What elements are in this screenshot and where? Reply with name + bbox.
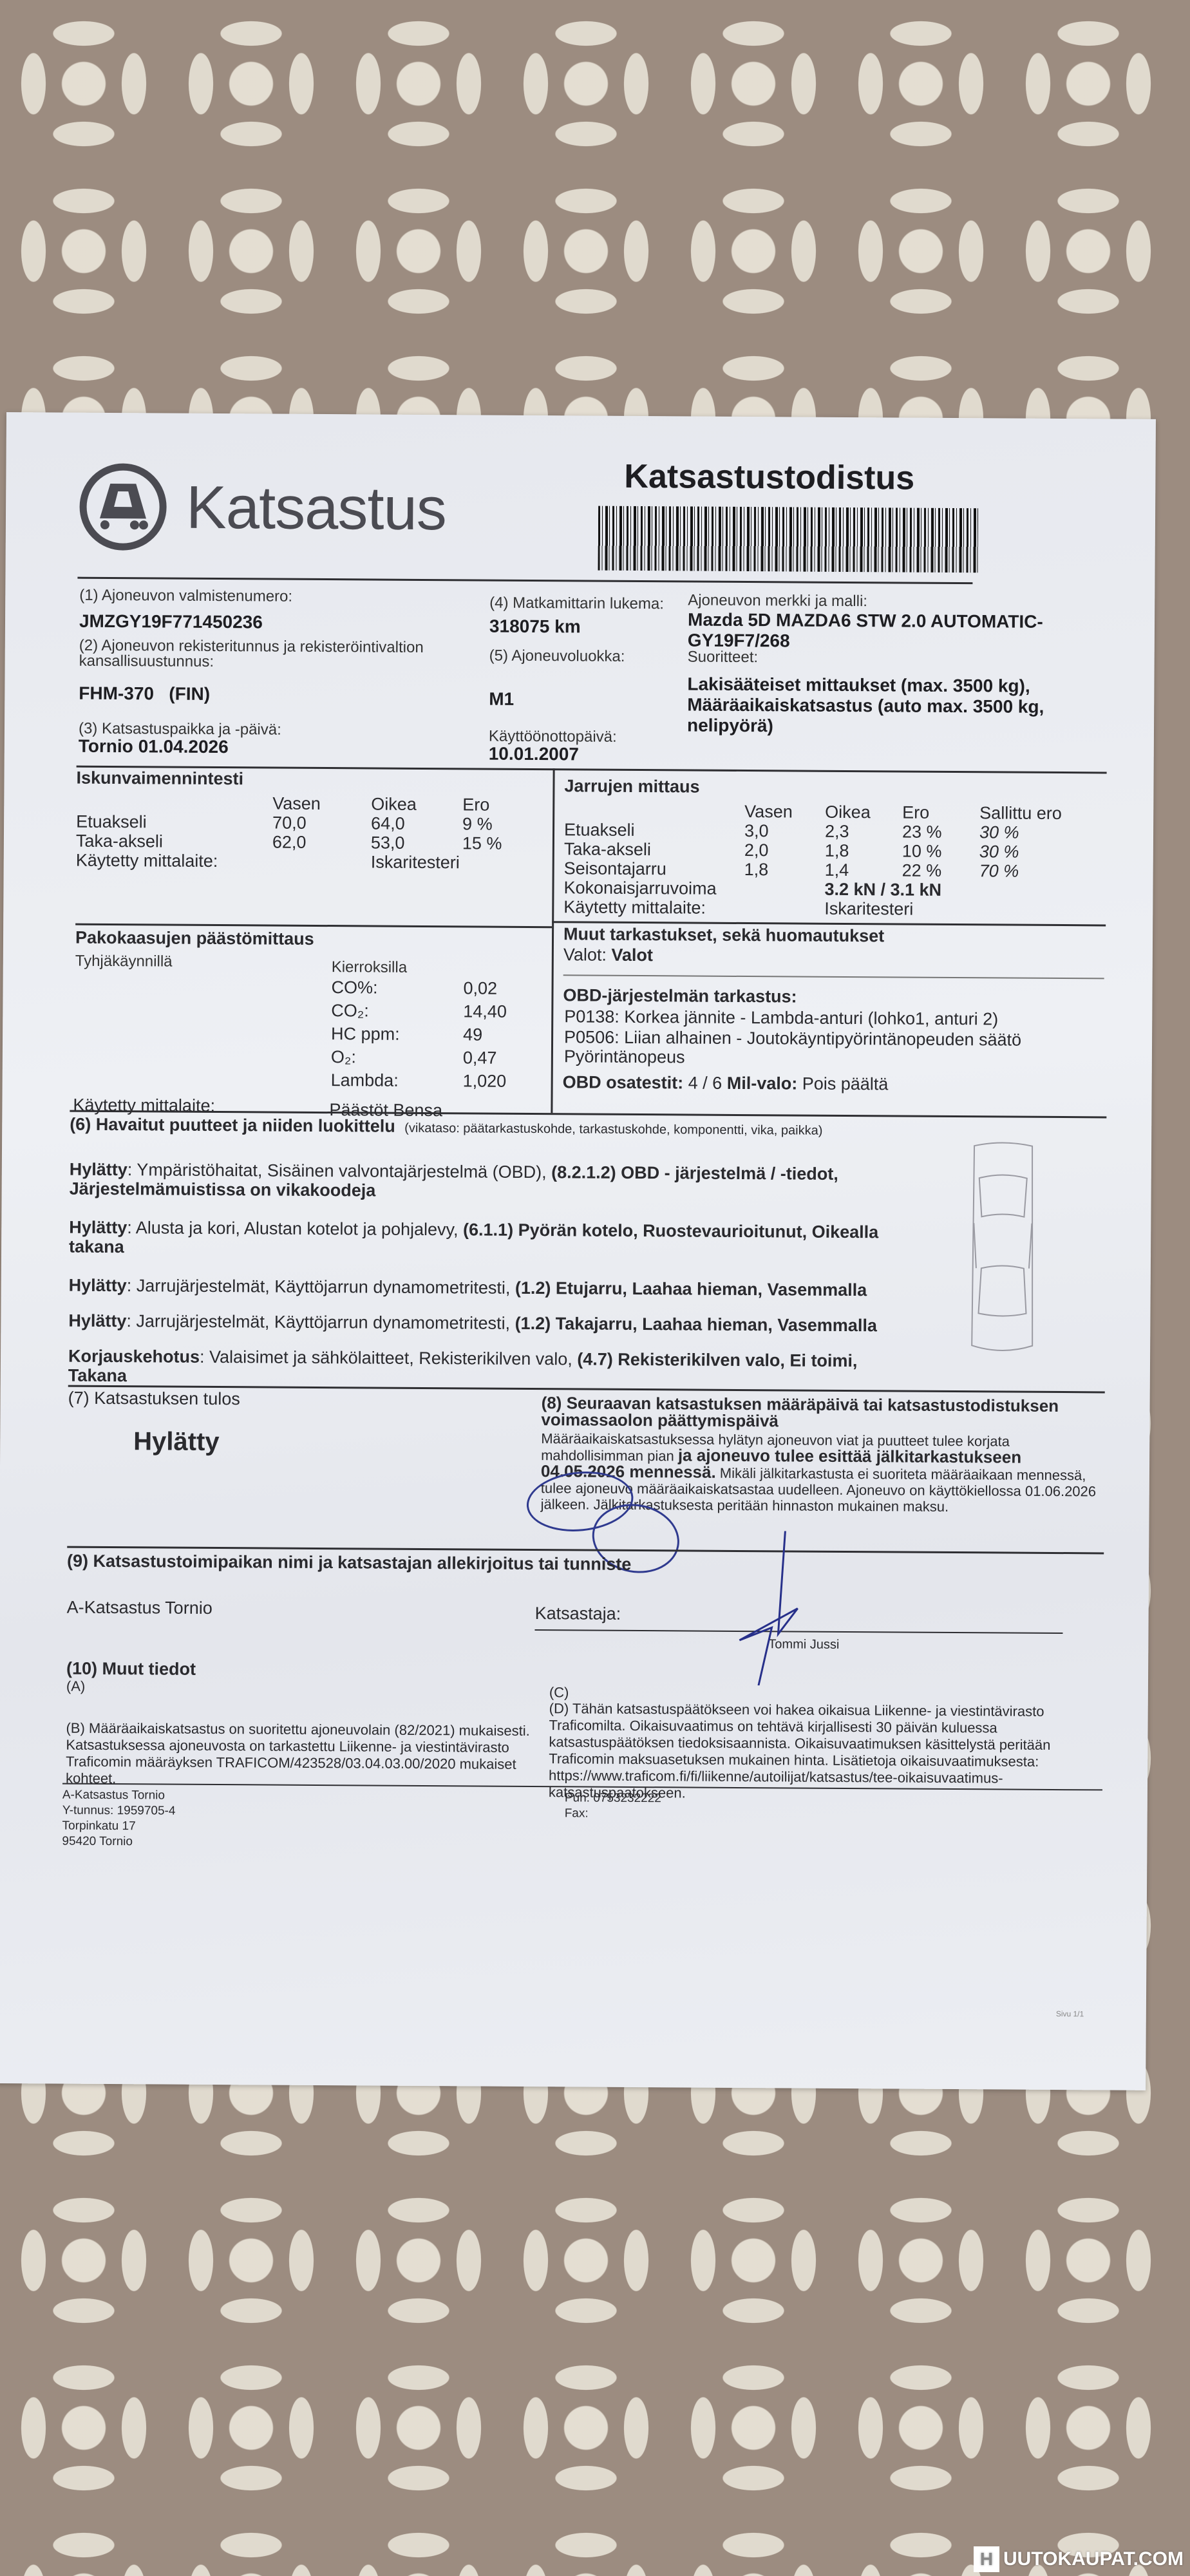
emissions-table: CO%:0,02 CO₂:14,40 HC ppm:49 O₂:0,47 Lam…: [331, 978, 544, 1095]
col-right: Oikea: [825, 802, 871, 822]
row-allowed: 30 %: [979, 822, 1019, 842]
row-diff: 23 %: [902, 822, 942, 842]
shock-test-table: Vasen Oikea Ero Etuakseli 70,0 64,0 9 % …: [76, 793, 540, 873]
table-row: Etuakseli 70,0 64,0 9 %: [76, 812, 540, 834]
defect-desc: : Jarrujärjestelmät, Käyttöjarrun dynamo…: [126, 1311, 515, 1333]
defect-detail: (1.2) Takajarru, Laahaa hieman, Vasemmal…: [515, 1314, 877, 1335]
obd-tests-value: 4 / 6: [688, 1073, 722, 1092]
rpm-label: Kierroksilla: [332, 958, 408, 977]
defect-desc: : Valaisimet ja sähkölaitteet, Rekisteri…: [200, 1347, 577, 1369]
device-label: Käytetty mittalaite:: [563, 897, 706, 918]
obd-title: OBD-järjestelmän tarkastus:: [563, 985, 797, 1007]
watermark-text: UUTOKAUPAT.COM: [1003, 2548, 1184, 2570]
registration-label: (2) Ajoneuvon rekisteritunnus ja rekiste…: [79, 638, 453, 672]
station-title: (9) Katsastustoimipaikan nimi ja katsast…: [67, 1551, 631, 1575]
make-model-label: Ajoneuvon merkki ja malli:: [688, 591, 867, 611]
defects-title: (6) Havaitut puutteet ja niiden luokitte…: [70, 1115, 395, 1136]
place-date-value: Tornio 01.04.2026: [79, 736, 229, 757]
defect-desc: : Jarrujärjestelmät, Käyttöjarrun dynamo…: [127, 1276, 515, 1298]
table-row: O₂:0,47: [331, 1047, 543, 1072]
first-use-value: 10.01.2007: [489, 744, 579, 765]
defect-level: Korjauskehotus: [68, 1347, 200, 1367]
street-address: Torpinkatu 17: [62, 1819, 176, 1835]
signature-icon: [733, 1531, 811, 1686]
mil-value: Pois päältä: [802, 1074, 889, 1094]
row-left: 3,0: [744, 821, 769, 841]
lights-label: Valot:: [563, 945, 607, 964]
registration-value: FHM-370 (FIN): [79, 683, 210, 705]
defect-desc: : Alusta ja kori, Alustan kotelot ja poh…: [127, 1218, 463, 1239]
page-mark: Sivu 1/1: [1056, 2009, 1084, 2018]
table-row: CO%:0,02: [331, 978, 543, 1002]
other-checks-title: Muut tarkastukset, sekä huomautukset: [563, 924, 884, 946]
defects-subtitle: (vikataso: päätarkastuskohde, tarkastusk…: [404, 1121, 822, 1138]
odometer-label: (4) Matkamittarin lukema:: [489, 594, 664, 614]
row-right: 2,3: [825, 822, 849, 842]
row-value: 14,40: [463, 1001, 507, 1021]
defect-level: Hylätty: [70, 1160, 127, 1180]
col-allowed: Sallittu ero: [979, 803, 1062, 824]
row-label: CO₂:: [331, 1001, 369, 1021]
make-model-value: Mazda 5D MAZDA6 STW 2.0 AUTOMATIC-GY19F7…: [688, 609, 1048, 652]
row-diff: 15 %: [462, 833, 502, 853]
row-diff: 10 %: [902, 842, 942, 862]
postal-address: 95420 Tornio: [62, 1834, 175, 1850]
vehicle-class-label: (5) Ajoneuvoluokka:: [489, 647, 625, 666]
obd-tests-label: OBD osatestit:: [563, 1072, 684, 1092]
tasks-label: Suoritteet:: [688, 648, 759, 667]
other-info-c: (C): [549, 1684, 569, 1701]
device-label: Käytetty mittalaite:: [76, 851, 218, 871]
lights-value: Valot: [611, 945, 653, 965]
row-value: 1,020: [463, 1071, 507, 1091]
row-label: Etuakseli: [564, 820, 635, 840]
defect-level: Hylätty: [69, 1218, 127, 1238]
shock-test-title: Iskunvaimennintesti: [76, 768, 243, 790]
inspector-label: Katsastaja:: [535, 1604, 621, 1624]
vin-label: (1) Ajoneuvon valmistenumero:: [79, 587, 292, 606]
table-row: HC ppm:49: [331, 1024, 543, 1048]
other-info-title: (10) Muut tiedot: [66, 1659, 196, 1680]
row-left: 1,8: [744, 860, 769, 880]
vin-value: JMZGY19F771450236: [79, 611, 263, 633]
defect-level: Hylätty: [68, 1311, 126, 1331]
device-value: Iskaritesteri: [824, 899, 913, 920]
row-right: 1,8: [825, 841, 849, 861]
huutokaupat-logo-icon: H: [974, 2546, 999, 2572]
device-value: Iskaritesteri: [371, 852, 460, 873]
company-contact: Puh: 0753232222 Fax:: [565, 1790, 661, 1822]
lights-row: Valot: Valot: [563, 945, 653, 965]
defect-desc: : Ympäristöhaitat, Sisäinen valvontajärj…: [127, 1160, 551, 1182]
total-label: Kokonaisjarruvoima: [563, 878, 716, 898]
other-info-a: (A): [66, 1678, 85, 1695]
row-label: HC ppm:: [331, 1024, 400, 1045]
table-row: Lambda:1,020: [331, 1070, 543, 1095]
row-allowed: 30 %: [979, 842, 1019, 862]
defects-header: (6) Havaitut puutteet ja niiden luokitte…: [70, 1115, 822, 1139]
row-right: 64,0: [371, 813, 405, 833]
table-row: Etuakseli 3,0 2,3 23 % 30 %: [564, 820, 1092, 842]
car-diagram-icon: [967, 1139, 1039, 1359]
row-label: Taka-akseli: [76, 831, 163, 852]
row-diff: 9 %: [462, 814, 493, 834]
station-name: A-Katsastus Tornio: [67, 1598, 212, 1618]
row-value: 49: [463, 1025, 482, 1045]
row-value: 0,02: [463, 978, 497, 998]
business-id: Y-tunnus: 1959705-4: [62, 1803, 176, 1819]
idle-label: Tyhjäkäynnillä: [75, 952, 173, 971]
defect-item: Hylätty: Ympäristöhaitat, Sisäinen valvo…: [70, 1160, 894, 1204]
col-left: Vasen: [272, 794, 321, 814]
a-katsastus-logo-icon: [78, 462, 169, 553]
row-label: O₂:: [331, 1047, 356, 1067]
huutokaupat-watermark: H UUTOKAUPAT.COM: [974, 2546, 1184, 2572]
result-value: Hylätty: [133, 1427, 220, 1457]
row-label: Seisontajarru: [564, 858, 666, 879]
defect-item: Korjauskehotus: Valaisimet ja sähkölaitt…: [68, 1347, 905, 1390]
row-left: 62,0: [272, 833, 307, 853]
defect-level: Hylätty: [69, 1276, 127, 1296]
col-left: Vasen: [744, 802, 793, 822]
next-inspection-title: (8) Seuraavan katsastuksen määräpäivä ta…: [541, 1394, 1108, 1431]
company-name: A-Katsastus Tornio: [62, 1788, 176, 1804]
phone: Puh: 0753232222: [565, 1790, 661, 1806]
row-allowed: 70 %: [979, 861, 1019, 881]
table-row: Seisontajarru 1,8 1,4 22 % 70 %: [564, 858, 1092, 881]
document-title: Katsastustodistus: [624, 457, 914, 498]
col-diff: Ero: [462, 795, 489, 815]
obd-code: P0138: Korkea jännite - Lambda-anturi (l…: [564, 1007, 998, 1029]
row-right: 1,4: [825, 860, 849, 880]
tasks-value: Lakisääteiset mittaukset (max. 3500 kg),…: [687, 674, 1068, 738]
other-info-b: (B) Määräaikaiskatsastus on suoritettu a…: [66, 1720, 569, 1790]
col-diff: Ero: [902, 803, 929, 823]
row-label: CO%:: [331, 978, 377, 998]
row-label: Etuakseli: [76, 812, 147, 833]
row-left: 2,0: [744, 840, 769, 860]
brake-test-title: Jarrujen mittaus: [564, 776, 699, 797]
row-value: 0,47: [463, 1048, 497, 1068]
vehicle-class-value: M1: [489, 689, 514, 710]
col-right: Oikea: [371, 794, 417, 814]
obd-tests-row: OBD osatestit: 4 / 6 Mil-valo: Pois pääl…: [563, 1072, 889, 1094]
brake-test-table: Vasen Oikea Ero Sallittu ero Etuakseli 3…: [563, 800, 1092, 920]
emissions-device-label: Käytetty mittalaite:: [73, 1095, 215, 1116]
barcode: [598, 506, 979, 573]
table-row: Taka-akseli 2,0 1,8 10 % 30 %: [564, 839, 1092, 862]
fax: Fax:: [565, 1806, 661, 1822]
defect-item: Hylätty: Jarrujärjestelmät, Käyttöjarrun…: [68, 1311, 970, 1336]
mil-label: Mil-valo:: [727, 1074, 798, 1094]
defect-item: Hylätty: Jarrujärjestelmät, Käyttöjarrun…: [69, 1276, 970, 1301]
row-label: Taka-akseli: [564, 839, 651, 860]
table-row: Taka-akseli 62,0 53,0 15 %: [76, 831, 540, 853]
company-address: A-Katsastus Tornio Y-tunnus: 1959705-4 T…: [62, 1788, 175, 1850]
logo-text: Katsastus: [186, 473, 446, 544]
table-row: CO₂:14,40: [331, 1001, 543, 1025]
row-left: 70,0: [272, 813, 307, 833]
result-title: (7) Katsastuksen tulos: [68, 1388, 240, 1410]
obd-code: P0506: Liian alhainen - Joutokäyntipyöri…: [564, 1027, 1041, 1069]
row-diff: 22 %: [902, 861, 942, 881]
row-label: Lambda:: [331, 1070, 399, 1091]
defect-detail: (1.2) Etujarru, Laahaa hieman, Vasemmall…: [515, 1278, 867, 1300]
defect-item: Hylätty: Alusta ja kori, Alustan kotelot…: [69, 1218, 906, 1262]
row-right: 53,0: [371, 833, 405, 853]
inspection-certificate: Katsastus Katsastustodistus (1) Ajoneuvo…: [0, 412, 1156, 2090]
odometer-value: 318075 km: [489, 616, 581, 638]
emissions-title: Pakokaasujen päästömittaus: [75, 928, 314, 949]
total-value: 3.2 kN / 3.1 kN: [824, 880, 941, 900]
